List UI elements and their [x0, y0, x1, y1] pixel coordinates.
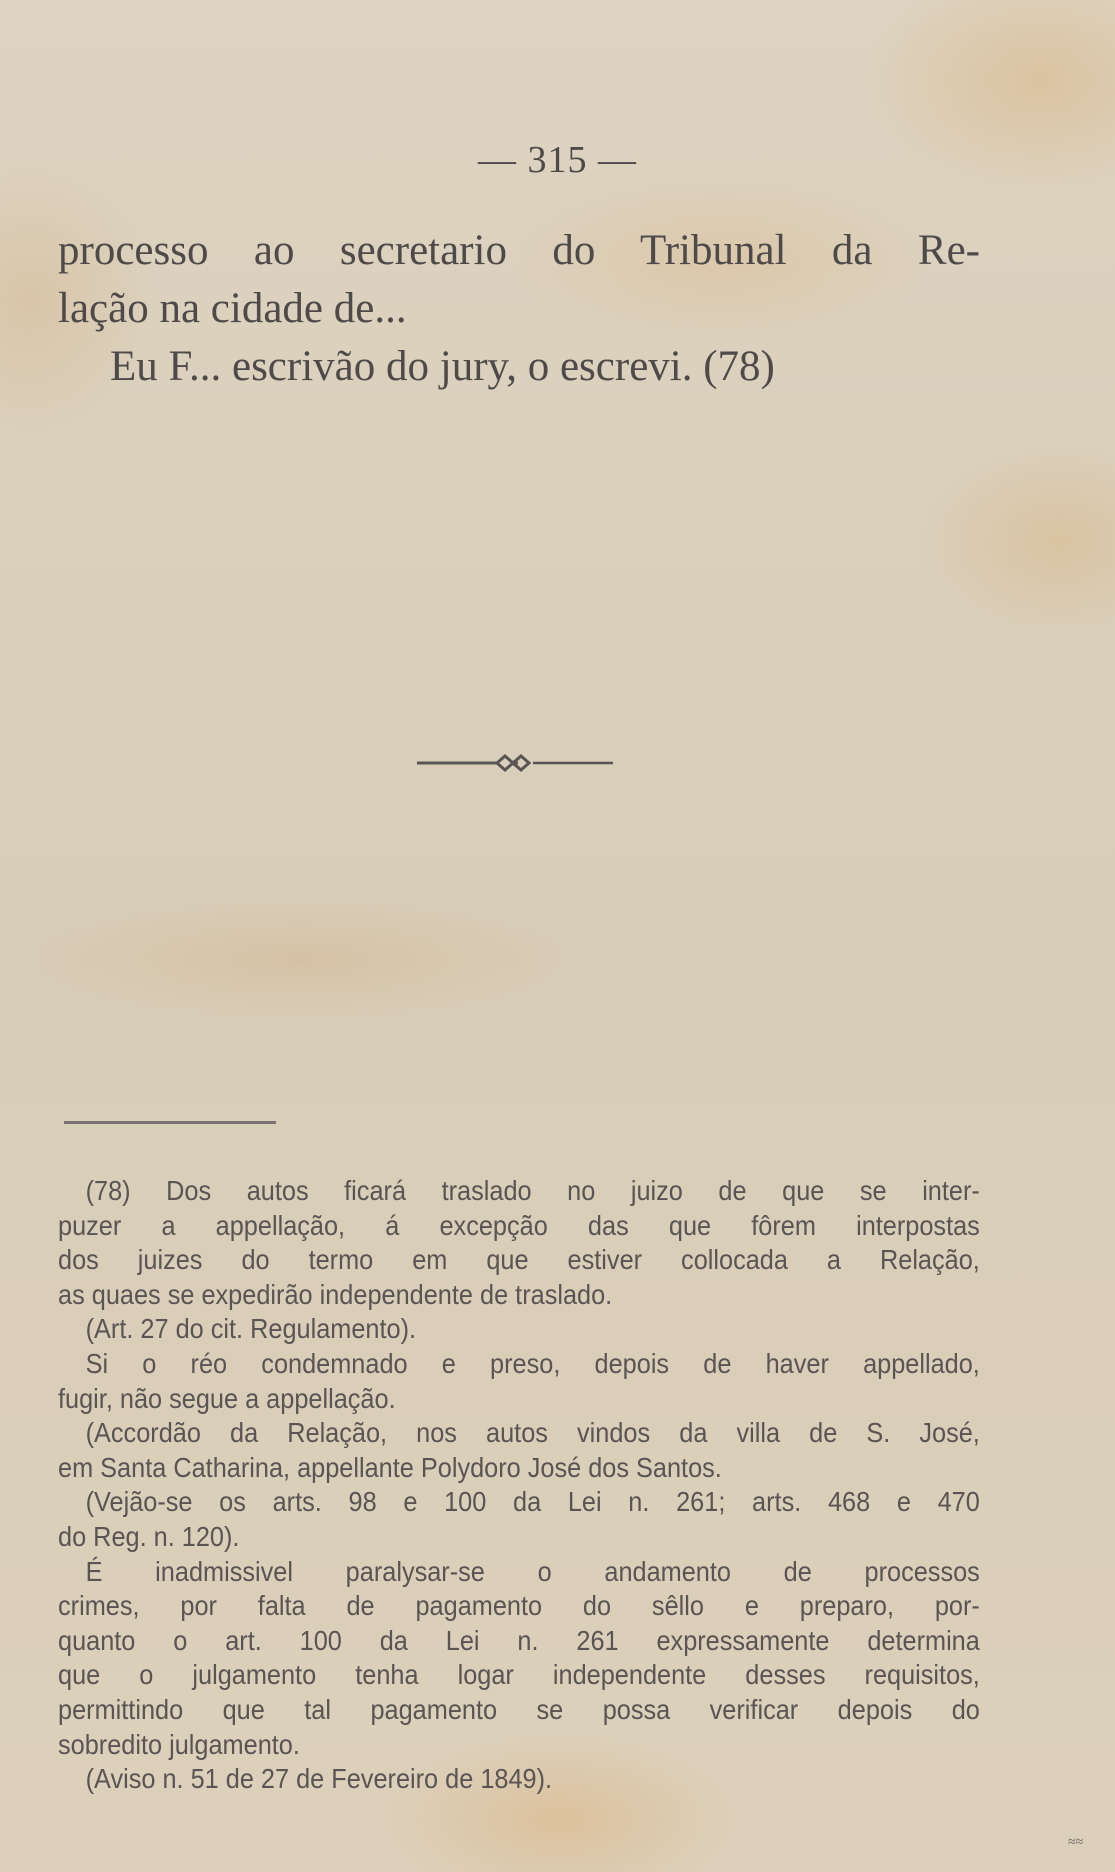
footnote-rule [64, 1121, 276, 1124]
footnote-line: (Accordão da Relação, nos autos vindos d… [58, 1416, 980, 1451]
footnote-line: dos juizes do termo em que estiver collo… [58, 1243, 980, 1278]
footnote-line: do Reg. n. 120). [58, 1520, 980, 1555]
footnote-line: puzer a appellação, á excepção das que f… [58, 1209, 980, 1244]
footnote-line: Si o réo condemnado e preso, depois de h… [58, 1347, 980, 1382]
footnote-line: (Art. 27 do cit. Regulamento). [58, 1312, 980, 1347]
footnote-line: É inadmissivel paralysar-se o andamento … [58, 1555, 980, 1590]
body-line: lação na cidade de... [58, 280, 980, 338]
footnote-line: (78) Dos autos ficará traslado no juizo … [58, 1174, 980, 1209]
footnote-line: (Aviso n. 51 de 27 de Fevereiro de 1849)… [58, 1762, 980, 1797]
footnote-line: sobredito julgamento. [58, 1728, 980, 1763]
footnote-line: fugir, não segue a appellação. [58, 1382, 980, 1417]
footnote-line: (Vejão-se os arts. 98 e 100 da Lei n. 26… [58, 1485, 980, 1520]
footnote-line: permittindo que tal pagamento se possa v… [58, 1693, 980, 1728]
corner-mark: ≈≈ [1068, 1835, 1083, 1851]
footnote-line: em Santa Catharina, appellante Polydoro … [58, 1451, 980, 1486]
footnotes: (78) Dos autos ficará traslado no juizo … [58, 1174, 906, 1797]
footnote-line: quanto o art. 100 da Lei n. 261 expressa… [58, 1624, 980, 1659]
footnote-line: as quaes se expedirão independente de tr… [58, 1278, 980, 1313]
page-number: — 315 — [0, 138, 1115, 182]
body-line: processo ao secretario do Tribunal da Re… [58, 222, 980, 280]
section-divider-ornament [417, 752, 613, 774]
body-text: processo ao secretario do Tribunal da Re… [58, 222, 980, 396]
body-line: Eu F... escrivão do jury, o escrevi. (78… [58, 338, 980, 396]
footnote-line: que o julgamento tenha logar independent… [58, 1658, 980, 1693]
footnote-line: crimes, por falta de pagamento do sêllo … [58, 1589, 980, 1624]
